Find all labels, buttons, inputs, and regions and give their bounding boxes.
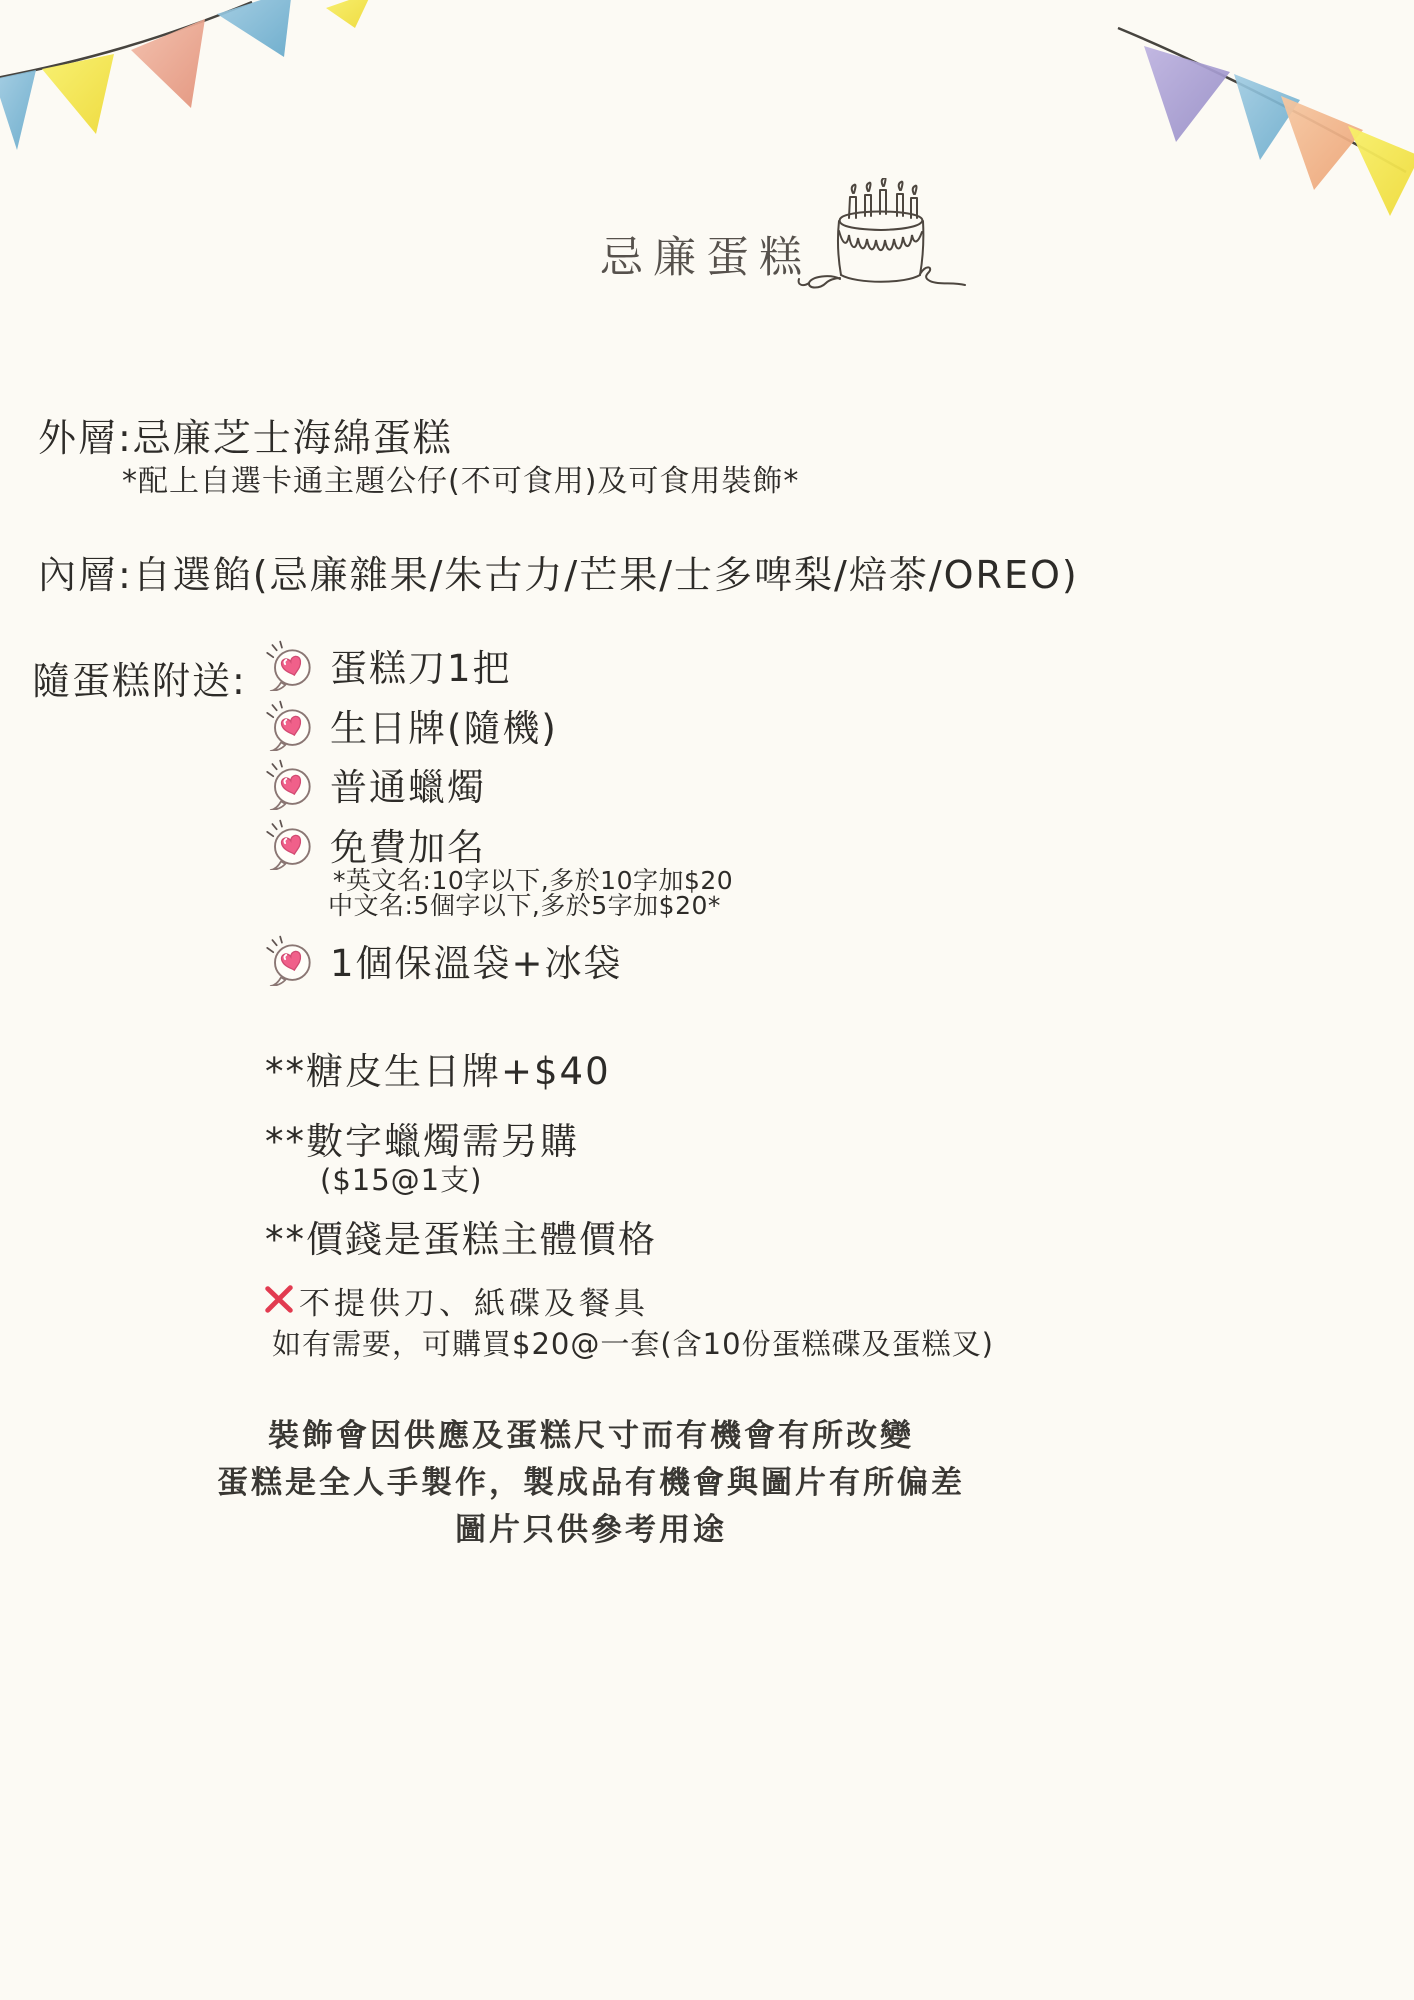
disclaimer-line: 圖片只供參考用途: [191, 1506, 991, 1553]
disclaimer-line: 蛋糕是全人手製作，製成品有機會與圖片有所偏差: [191, 1459, 991, 1506]
disclaimer-block: 裝飾會因供應及蛋糕尺寸而有機會有所改變 蛋糕是全人手製作，製成品有機會與圖片有所…: [191, 1412, 991, 1553]
heart-bubble-icon: [262, 934, 314, 986]
heart-bubble-icon: [262, 758, 314, 810]
included-item-cooler-bag: 1個保溫袋+冰袋: [262, 933, 623, 987]
red-cross-icon: [263, 1283, 295, 1315]
number-candle-note: **數字蠟燭需另購: [265, 1111, 579, 1165]
included-item-birthday-plaque: 生日牌(隨機): [262, 698, 558, 752]
price-scope-note: **價錢是蛋糕主體價格: [265, 1209, 657, 1263]
number-candle-price: ($15@1支): [320, 1158, 482, 1199]
included-item-free-name: 免費加名: [262, 817, 486, 871]
name-note-line2: 中文名:5個字以下,多於5字加$20*: [328, 893, 721, 918]
included-item-cake-knife: 蛋糕刀1把: [262, 638, 512, 692]
sugar-plaque-note: **糖皮生日牌+$40: [265, 1041, 611, 1095]
included-item-label: 免費加名: [330, 817, 486, 871]
utensil-purchase-note: 如有需要，可購買$20@一套(含10份蛋糕碟及蛋糕叉): [272, 1322, 994, 1363]
outer-layer-heading: 外層:忌廉芝士海綿蛋糕: [38, 407, 453, 462]
bunting-right-icon: [1090, 0, 1414, 230]
cream-cake-menu-page: 忌廉蛋糕 外層:忌廉芝士海: [0, 0, 1414, 2000]
included-item-label: 普通蠟燭: [330, 757, 486, 811]
bunting-left-icon: [0, 0, 380, 165]
heart-bubble-icon: [262, 818, 314, 870]
included-label: 隨蛋糕附送:: [32, 650, 247, 705]
disclaimer-line: 裝飾會因供應及蛋糕尺寸而有機會有所改變: [191, 1412, 991, 1459]
warning-text: 不提供刀、紙碟及餐具: [299, 1278, 649, 1323]
heart-bubble-icon: [262, 699, 314, 751]
inner-layer-heading: 內層:自選餡(忌廉雜果/朱古力/芒果/士多啤梨/焙茶/OREO): [38, 544, 1079, 599]
heart-bubble-icon: [262, 639, 314, 691]
included-item-label: 生日牌(隨機): [330, 698, 558, 752]
birthday-cake-icon: [795, 178, 970, 308]
name-note-line1: *英文名:10字以下,多於10字加$20: [333, 868, 733, 893]
included-item-label: 蛋糕刀1把: [330, 638, 512, 692]
outer-layer-note: *配上自選卡通主題公仔(不可食用)及可食用裝飾*: [122, 456, 799, 500]
page-title: 忌廉蛋糕: [600, 224, 812, 285]
included-item-label: 1個保溫袋+冰袋: [330, 933, 623, 987]
no-utensils-warning: 不提供刀、紙碟及餐具: [263, 1278, 649, 1323]
included-item-candles: 普通蠟燭: [262, 757, 486, 811]
